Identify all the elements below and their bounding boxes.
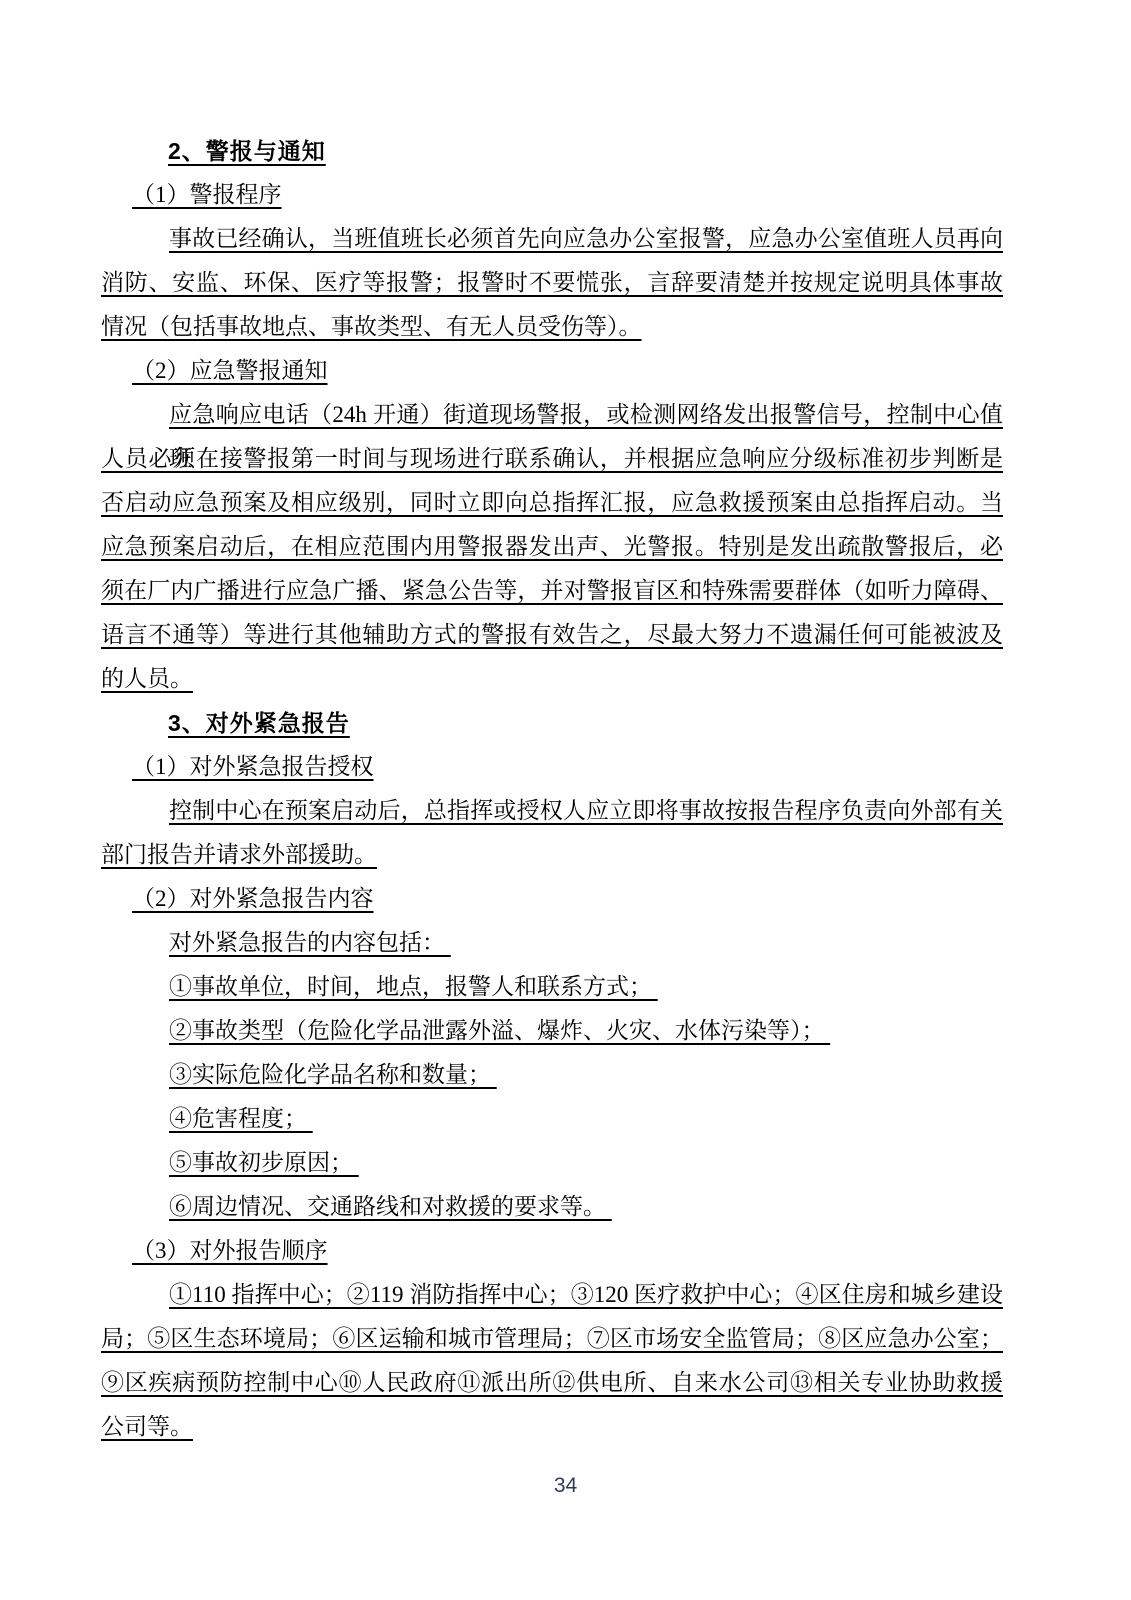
paragraph-line: 消防、安监、环保、医疗等报警；报警时不要慌张，言辞要清楚并按规定说明具体事故 (101, 261, 1003, 305)
document-page: 2、警报与通知 （1）警报程序 事故已经确认，当班值班长必须首先向应急办公室报警… (0, 0, 1131, 1600)
paragraph-line: 事故已经确认，当班值班长必须首先向应急办公室报警，应急办公室值班人员再向 (101, 217, 1003, 261)
document-body: 2、警报与通知 （1）警报程序 事故已经确认，当班值班长必须首先向应急办公室报警… (101, 129, 1003, 1449)
paragraph-line: ⑨区疾病预防控制中心⑩人民政府⑪派出所⑫供电所、自来水公司⑬相关专业协助救援 (101, 1361, 1003, 1405)
paragraph-line: 控制中心在预案启动后，总指挥或授权人应立即将事故按报告程序负责向外部有关 (101, 789, 1003, 833)
paragraph-line: 应急预案启动后，在相应范围内用警报器发出声、光警报。特别是发出疏散警报后，必 (101, 525, 1003, 569)
paragraph-line: 语言不通等）等进行其他辅助方式的警报有效告之，尽最大努力不遗漏任何可能被波及 (101, 613, 1003, 657)
paragraph-line: 人员必须在接警报第一时间与现场进行联系确认，并根据应急响应分级标准初步判断是 (101, 437, 1003, 481)
sub-heading-emergency-alarm-notice: （2）应急警报通知 (101, 349, 1003, 393)
heading-external-emergency-report: 3、对外紧急报告 (101, 701, 1003, 745)
list-item-surroundings-and-routes: ⑥周边情况、交通路线和对救援的要求等。 (101, 1185, 1003, 1229)
paragraph-line: 对外紧急报告的内容包括： (101, 921, 1003, 965)
list-item-hazard-degree: ④危害程度； (101, 1097, 1003, 1141)
paragraph-line: 的人员。 (101, 657, 1003, 701)
paragraph-line: 部门报告并请求外部援助。 (101, 833, 1003, 877)
list-item-preliminary-cause: ⑤事故初步原因； (101, 1141, 1003, 1185)
paragraph-line: 否启动应急预案及相应级别，同时立即向总指挥汇报，应急救援预案由总指挥启动。当 (101, 481, 1003, 525)
sub-heading-alarm-procedure: （1）警报程序 (101, 173, 1003, 217)
heading-warning-and-notification: 2、警报与通知 (101, 129, 1003, 173)
list-item-accident-type: ②事故类型（危险化学品泄露外溢、爆炸、火灾、水体污染等）； (101, 1009, 1003, 1053)
paragraph-line: 局；⑤区生态环境局；⑥区运输和城市管理局；⑦区市场安全监管局；⑧区应急办公室； (101, 1317, 1003, 1361)
paragraph-line: ①110 指挥中心；②119 消防指挥中心；③120 医疗救护中心；④区住房和城… (101, 1273, 1003, 1317)
sub-heading-report-order: （3）对外报告顺序 (101, 1229, 1003, 1273)
list-item-accident-unit: ①事故单位，时间，地点，报警人和联系方式； (101, 965, 1003, 1009)
page-number: 34 (0, 1473, 1131, 1499)
paragraph-line: 应急响应电话（24h 开通）街道现场警报，或检测网络发出报警信号，控制中心值班 (101, 393, 1003, 437)
paragraph-line: 情况（包括事故地点、事故类型、有无人员受伤等）。 (101, 305, 1003, 349)
sub-heading-report-content: （2）对外紧急报告内容 (101, 877, 1003, 921)
sub-heading-report-authorization: （1）对外紧急报告授权 (101, 745, 1003, 789)
list-item-chemical-name-quantity: ③实际危险化学品名称和数量； (101, 1053, 1003, 1097)
paragraph-line: 公司等。 (101, 1405, 1003, 1449)
paragraph-line: 须在厂内广播进行应急广播、紧急公告等，并对警报盲区和特殊需要群体（如听力障碍、 (101, 569, 1003, 613)
